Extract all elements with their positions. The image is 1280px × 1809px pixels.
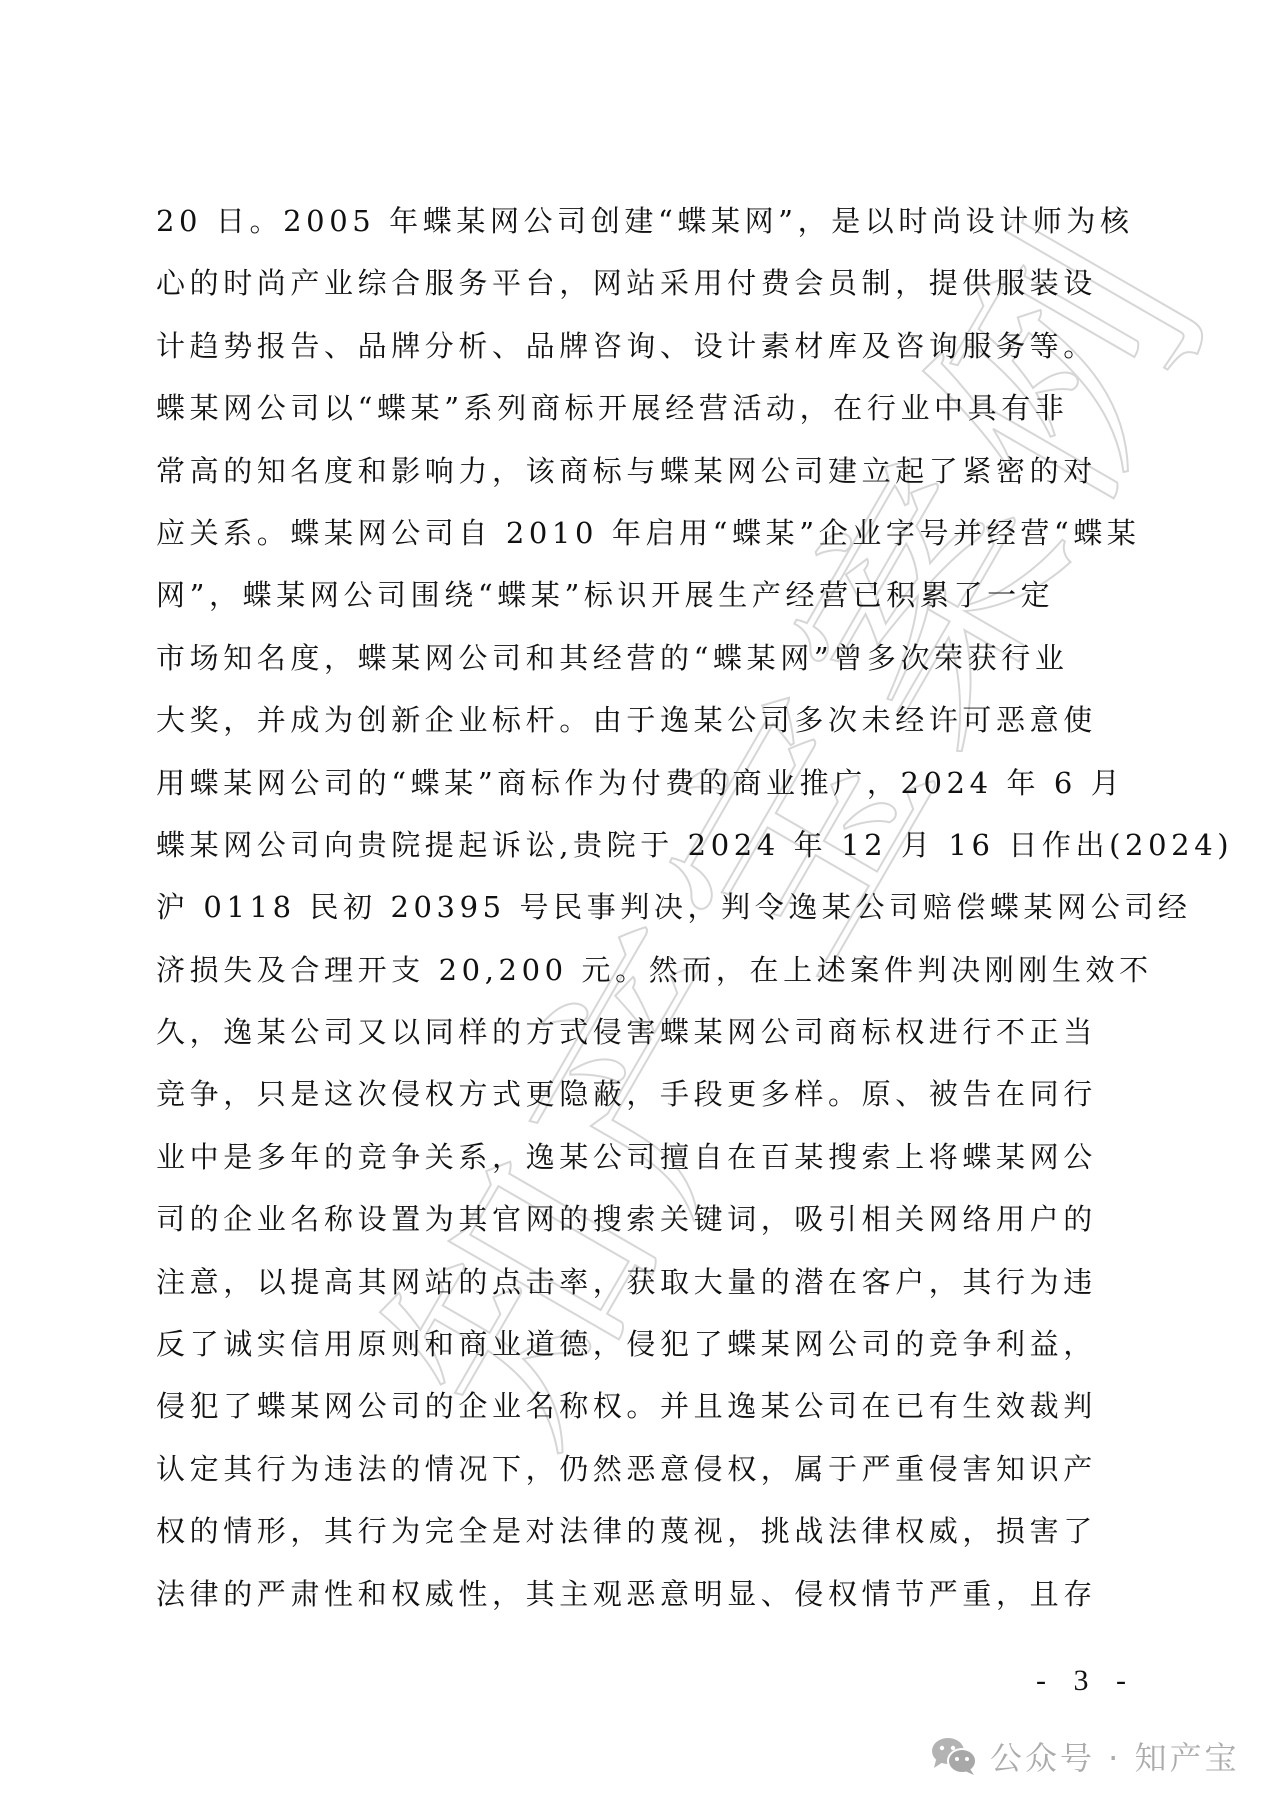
text-line: 常高的知名度和影响力，该商标与蝶某网公司建立起了紧密的对 [156,440,1136,502]
text-line: 侵犯了蝶某网公司的企业名称权。并且逸某公司在已有生效裁判 [156,1375,1136,1437]
text-line: 用蝶某网公司的“蝶某”商标作为付费的商业推广，2024 年 6 月 [156,752,1136,814]
text-line: 注意，以提高其网站的点击率，获取大量的潜在客户，其行为违 [156,1251,1136,1313]
account-name: 公众号 · 知产宝 [990,1733,1240,1779]
text-line: 沪 0118 民初 20395 号民事判决，判令逸某公司赔偿蝶某网公司经 [156,876,1136,938]
text-line: 认定其行为违法的情况下，仍然恶意侵权，属于严重侵害知识产 [156,1438,1136,1500]
wechat-icon [930,1736,978,1776]
text-line: 蝶某网公司以“蝶某”系列商标开展经营活动，在行业中具有非 [156,377,1136,439]
text-line: 市场知名度，蝶某网公司和其经营的“蝶某网”曾多次荣获行业 [156,627,1136,689]
text-line: 权的情形，其行为完全是对法律的蔑视，挑战法律权威，损害了 [156,1500,1136,1562]
text-line: 竞争，只是这次侵权方式更隐蔽，手段更多样。原、被告在同行 [156,1063,1136,1125]
text-line: 计趋势报告、品牌分析、品牌咨询、设计素材库及咨询服务等。 [156,315,1136,377]
text-line: 法律的严肃性和权威性，其主观恶意明显、侵权情节严重，且存 [156,1563,1136,1625]
wechat-account-footer: 公众号 · 知产宝 [930,1732,1240,1780]
text-line: 业中是多年的竞争关系，逸某公司擅自在百某搜索上将蝶某网公 [156,1126,1136,1188]
text-line: 网”，蝶某网公司围绕“蝶某”标识开展生产经营已积累了一定 [156,564,1136,626]
text-line: 蝶某网公司向贵院提起诉讼,贵院于 2024 年 12 月 16 日作出(2024… [156,814,1136,876]
text-line: 应关系。蝶某网公司自 2010 年启用“蝶某”企业字号并经营“蝶某 [156,502,1136,564]
text-line: 20 日。2005 年蝶某网公司创建“蝶某网”，是以时尚设计师为核 [156,190,1136,252]
text-line: 心的时尚产业综合服务平台，网站采用付费会员制，提供服装设 [156,252,1136,314]
text-line: 反了诚实信用原则和商业道德，侵犯了蝶某网公司的竞争利益， [156,1313,1136,1375]
text-line: 大奖，并成为创新企业标杆。由于逸某公司多次未经许可恶意使 [156,689,1136,751]
text-line: 久，逸某公司又以同样的方式侵害蝶某网公司商标权进行不正当 [156,1001,1136,1063]
document-page: 知产宝案例 20 日。2005 年蝶某网公司创建“蝶某网”，是以时尚设计师为核 … [0,0,1280,1809]
text-line: 司的企业名称设置为其官网的搜索关键词，吸引相关网络用户的 [156,1188,1136,1250]
page-number: - 3 - [1036,1664,1136,1698]
body-text: 20 日。2005 年蝶某网公司创建“蝶某网”，是以时尚设计师为核 心的时尚产业… [156,190,1136,1625]
text-line: 济损失及合理开支 20,200 元。然而，在上述案件判决刚刚生效不 [156,939,1136,1001]
